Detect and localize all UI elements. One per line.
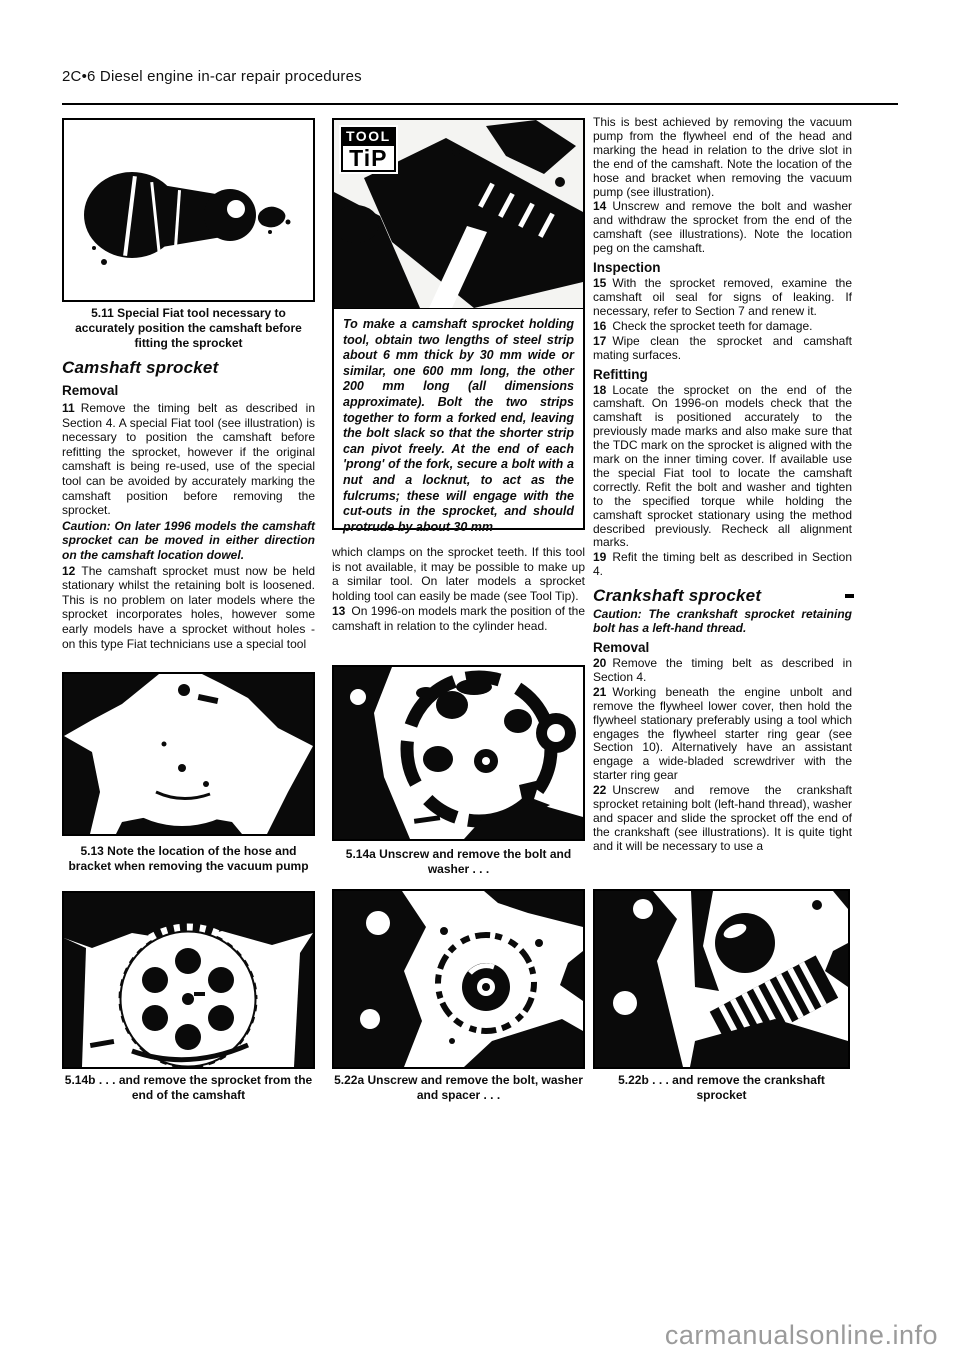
caution-note-camshaft: Caution: On later 1996 models the camsha… — [62, 519, 315, 563]
caption-5-14b: 5.14b . . . and remove the sprocket from… — [62, 1073, 315, 1103]
special-fiat-tool-illustration — [64, 120, 313, 300]
tool-tip-photo: TOOL TiP — [334, 120, 583, 309]
tool-tip-text: To make a camshaft sprocket holding tool… — [334, 309, 583, 535]
crankshaft-bolt-washer-illustration — [334, 891, 583, 1067]
caption-5-22b: 5.22b . . . and remove the crankshaft sp… — [593, 1073, 850, 1103]
paragraph-13: 13On 1996-on models mark the position of… — [332, 604, 585, 633]
paragraph-16: 16Check the sprocket teeth for damage. — [593, 320, 852, 334]
caption-5-14a: 5.14a Unscrew and remove the bolt and wa… — [332, 847, 585, 877]
tool-tip-badge: TOOL TiP — [339, 125, 398, 174]
margin-mark — [845, 594, 854, 598]
photo-5-22b — [593, 889, 850, 1069]
vacuum-pump-illustration — [64, 674, 313, 834]
paragraph-continued-right: This is best achieved by removing the va… — [593, 116, 852, 199]
camshaft-sprocket-removal-illustration — [64, 893, 313, 1067]
paragraph-22: 22Unscrew and remove the crankshaft spro… — [593, 784, 852, 854]
removal-heading-right: Removal — [593, 640, 852, 655]
paragraph-21: 21Working beneath the engine unbolt and … — [593, 686, 852, 783]
caption-5-13: 5.13 Note the location of the hose and b… — [62, 844, 315, 874]
photo-5-14a — [332, 665, 585, 841]
watermark: carmanualsonline.info — [665, 1320, 938, 1351]
paragraph-11: 11Remove the timing belt as described in… — [62, 401, 315, 518]
paragraph-14: 14Unscrew and remove the bolt and washer… — [593, 200, 852, 256]
paragraph-continued-middle: which clamps on the sprocket teeth. If t… — [332, 545, 585, 603]
middle-column-text: which clamps on the sprocket teeth. If t… — [332, 545, 585, 635]
header-rule — [62, 103, 898, 105]
page-header-title: 2C•6 Diesel engine in-car repair procedu… — [62, 68, 362, 85]
left-column-text: Camshaft sprocket Removal 11Remove the t… — [62, 352, 315, 652]
caption-5-22a: 5.22a Unscrew and remove the bolt, washe… — [332, 1073, 585, 1103]
photo-5-13 — [62, 672, 315, 836]
tool-tip-box: TOOL TiP To make a camshaft sprocket hol… — [332, 118, 585, 530]
paragraph-15: 15With the sprocket removed, examine the… — [593, 277, 852, 319]
inspection-heading: Inspection — [593, 260, 852, 275]
photo-5-14b — [62, 891, 315, 1069]
paragraph-20: 20Remove the timing belt as described in… — [593, 657, 852, 685]
paragraph-17: 17Wipe clean the sprocket and camshaft m… — [593, 335, 852, 363]
camshaft-sprocket-bolt-illustration — [334, 667, 583, 839]
tool-tip-badge-tip: TiP — [341, 146, 396, 172]
paragraph-12: 12The camshaft sprocket must now be held… — [62, 564, 315, 652]
crankshaft-sprocket-removal-illustration — [595, 891, 848, 1067]
photo-5-22a — [332, 889, 585, 1069]
paragraph-19: 19Refit the timing belt as described in … — [593, 551, 852, 579]
right-column-text: This is best achieved by removing the va… — [593, 116, 852, 855]
camshaft-sprocket-heading: Camshaft sprocket — [62, 358, 315, 378]
photo-5-11 — [62, 118, 315, 302]
removal-heading-left: Removal — [62, 383, 315, 398]
tool-tip-badge-tool: TOOL — [341, 127, 396, 146]
manual-page: 2C•6 Diesel engine in-car repair procedu… — [0, 0, 960, 1362]
crankshaft-sprocket-heading: Crankshaft sprocket — [593, 586, 852, 606]
paragraph-18: 18Locate the sprocket on the end of the … — [593, 384, 852, 551]
refitting-heading: Refitting — [593, 367, 852, 382]
caution-note-crankshaft: Caution: The crankshaft sprocket retaini… — [593, 608, 852, 636]
caption-5-11: 5.11 Special Fiat tool necessary to accu… — [62, 306, 315, 351]
